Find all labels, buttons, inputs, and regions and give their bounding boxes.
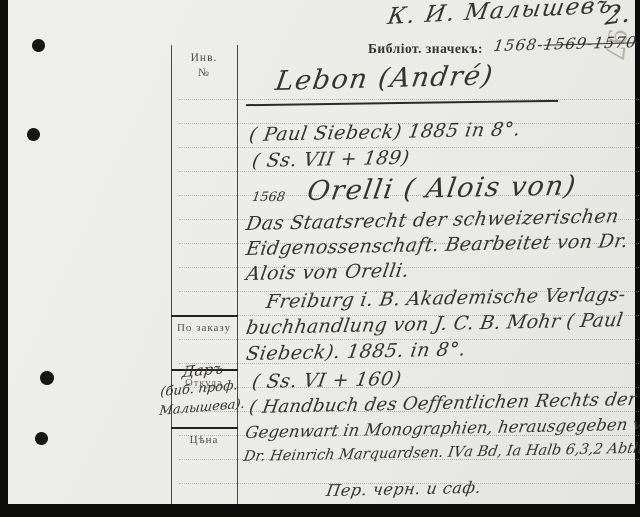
body-line: ( Handbuch des Oeffentlichen Rechts der (248, 389, 639, 418)
library-mark-struck: 1569-1570 (542, 33, 638, 53)
order-label: По заказу (171, 322, 237, 334)
origin-handwritten-gift: Даръ (181, 359, 224, 380)
body-line: Dr. Heinrich Marquardsen. IVа Bd, Iа Hal… (243, 440, 640, 465)
inventory-label-line1: Инв. (171, 52, 237, 64)
body-line: Orelli ( Alois von) (305, 170, 579, 207)
body-line: Gegenwart in Monographien, herausgegeben… (244, 414, 640, 442)
punch-hole (32, 39, 45, 52)
punch-hole (35, 432, 48, 445)
library-mark-label: Библіот. значекъ: (368, 41, 483, 57)
origin-cell-bottom-border (171, 427, 238, 429)
entry-number: 1568 (251, 190, 286, 205)
inventory-label-line2: № (171, 67, 237, 79)
ruled-line (179, 99, 640, 100)
ruled-line (179, 387, 640, 388)
library-mark-kept: 1568- (492, 36, 545, 55)
scanned-catalog-card: Инв. № По заказу Откуда Цѣна Даръ (биб. … (0, 0, 640, 517)
punch-hole (27, 128, 40, 141)
price-label: Цѣна (171, 434, 237, 446)
body-line: buchhandlung von J. C. B. Mohr ( Paul (245, 309, 625, 339)
column-right-border (237, 45, 238, 504)
body-line: Siebeck). 1885. in 8°. (245, 338, 468, 365)
body-line: Freiburg i. B. Akademische Verlags- (265, 284, 628, 313)
body-line: Alois von Orelli. (245, 260, 411, 285)
owner-signature: К. И. Малышевъ. (386, 0, 624, 30)
body-line: Eidgenossenschaft. Bearbeitet von Dr. (245, 230, 630, 260)
library-mark-value: 1568-1569-1570 (492, 33, 638, 55)
entry-heading: Lebon (André) (273, 60, 496, 97)
order-cell-top-border (171, 315, 238, 317)
card-paper: Инв. № По заказу Откуда Цѣна Даръ (биб. … (8, 0, 635, 504)
body-line: ( Ss. VII + 189) (251, 147, 412, 172)
punch-hole (40, 371, 54, 385)
heading-underline (246, 100, 558, 106)
body-line: ( Ss. VI + 160) (251, 368, 404, 393)
body-line: Пер. черн. и саф. (325, 478, 483, 500)
body-line: ( Paul Siebeck) 1885 in 8°. (248, 118, 523, 146)
